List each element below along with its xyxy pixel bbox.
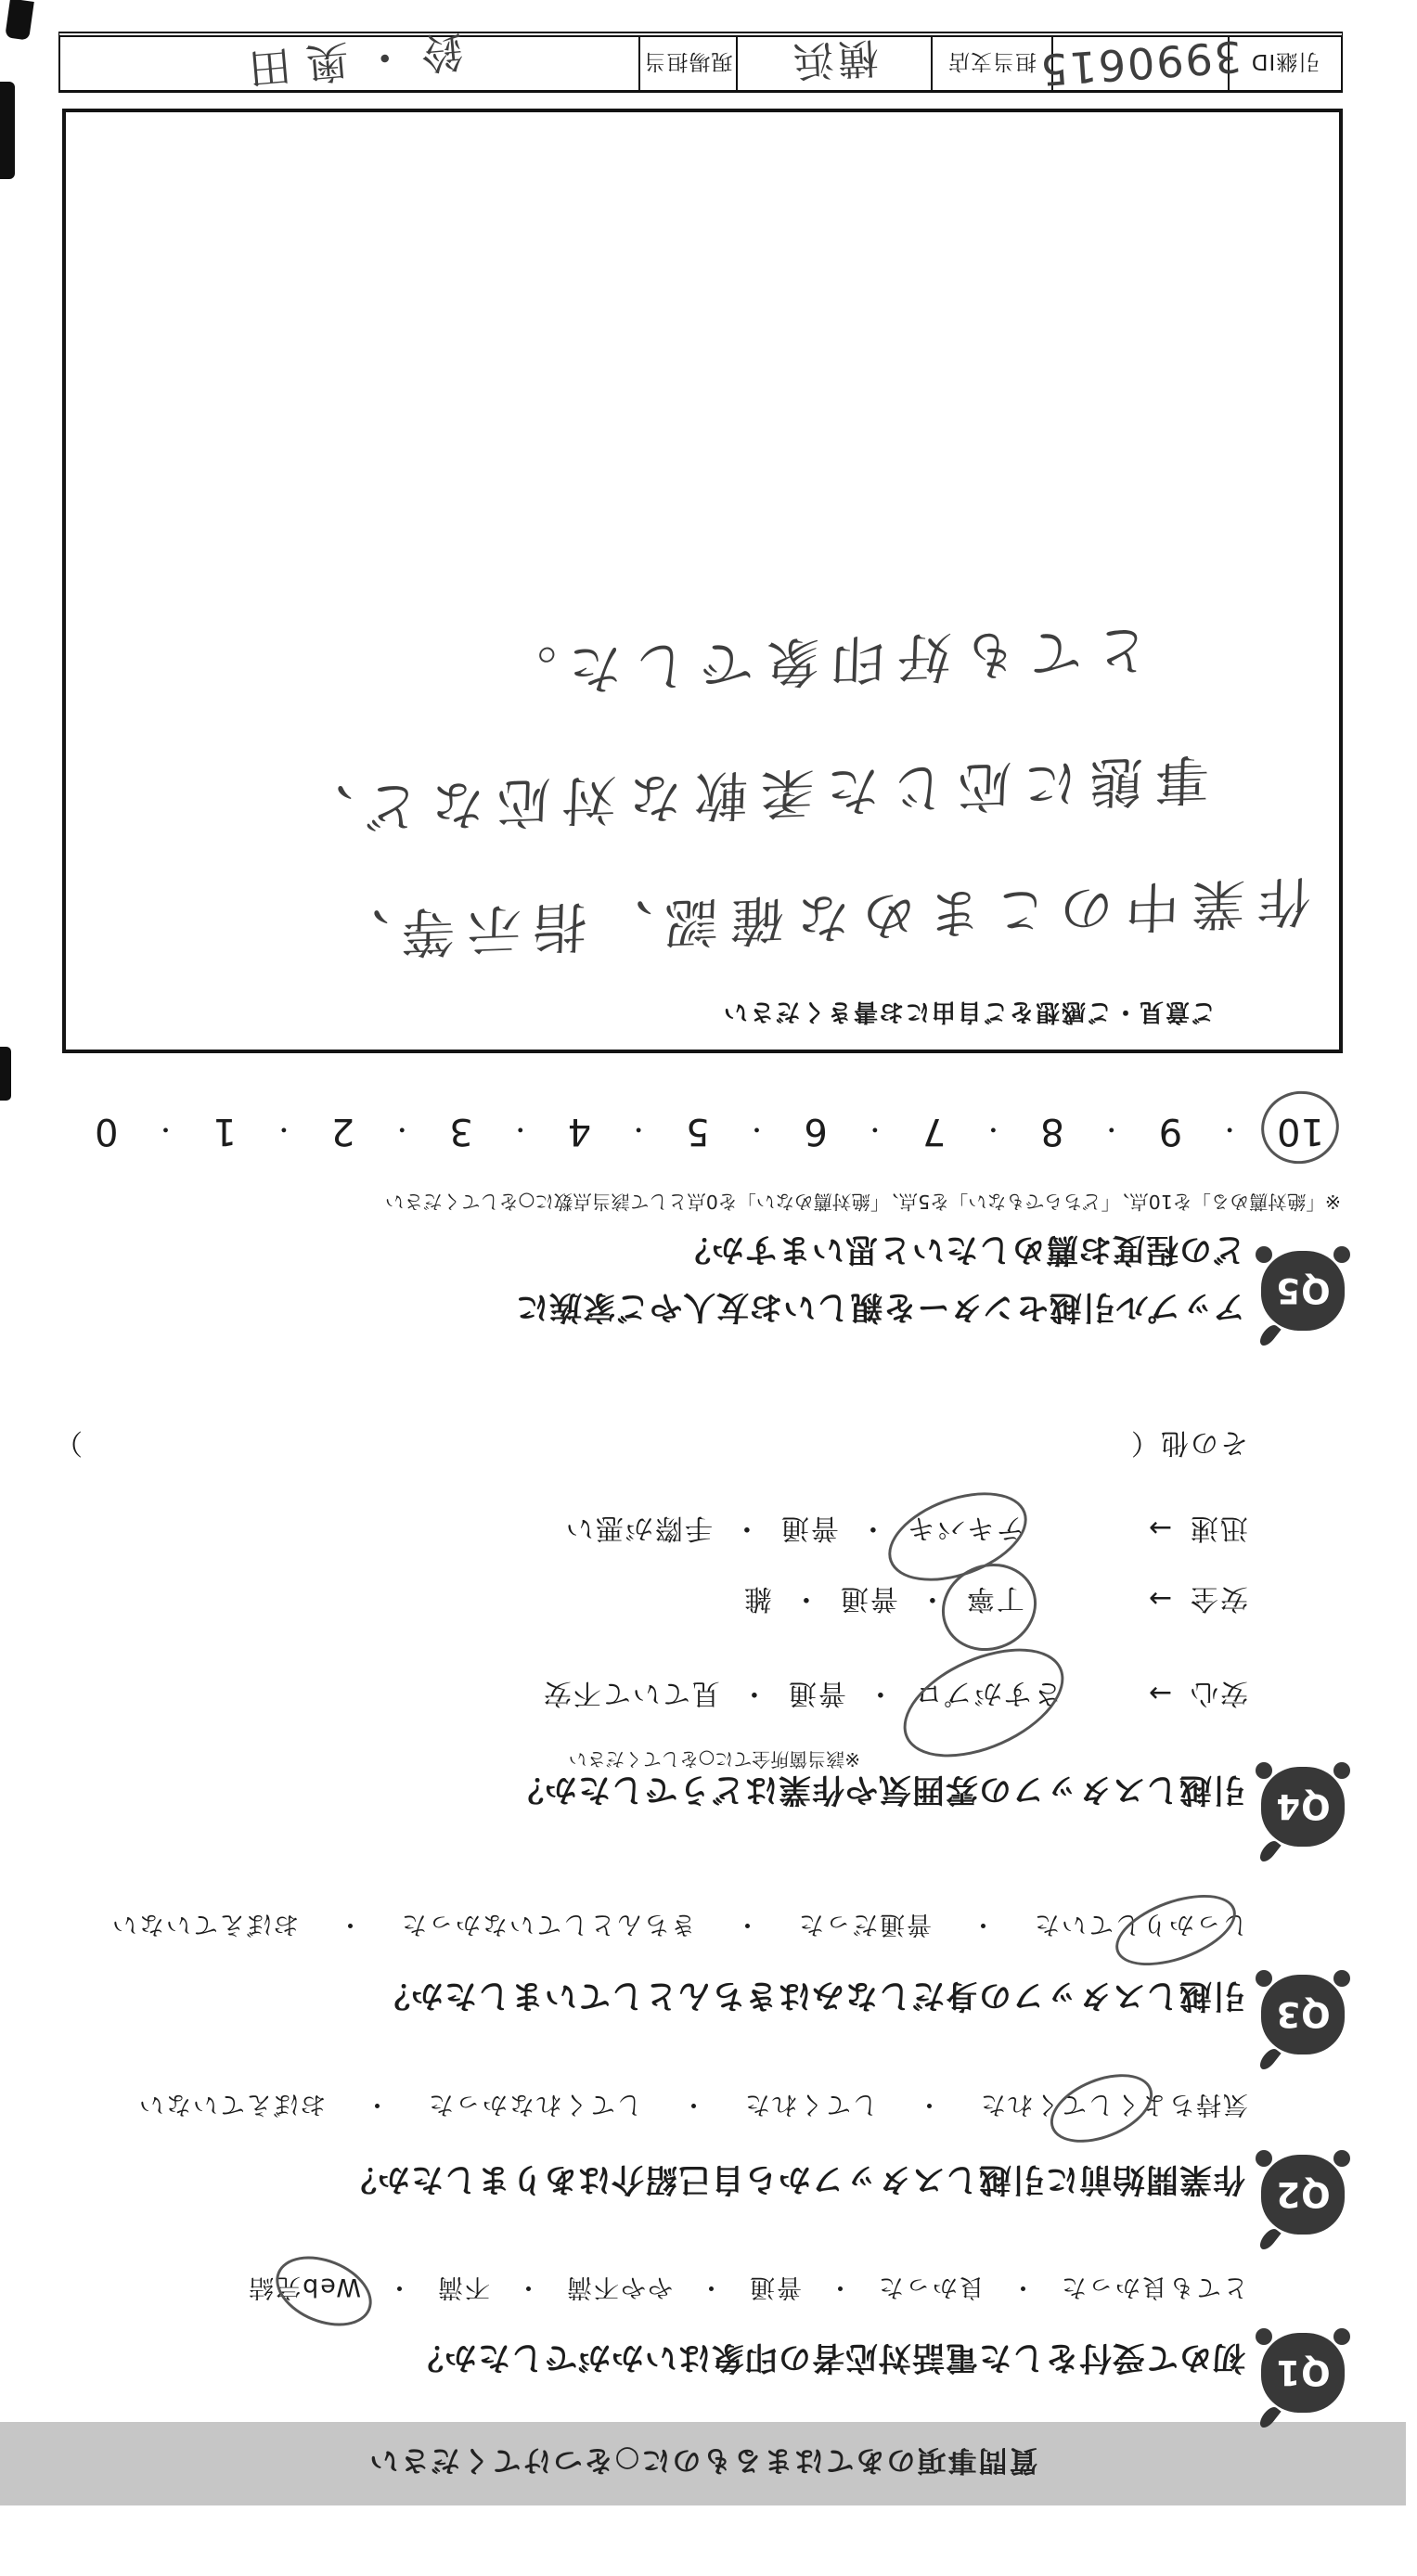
q4-option: 普通	[787, 1677, 846, 1709]
scale-number: 3	[449, 1110, 472, 1153]
q5-selected-score: 10	[1277, 1110, 1324, 1153]
arrow-icon: →	[1147, 1582, 1172, 1615]
q2-option: してくれた	[743, 2090, 878, 2119]
scale-number: 2	[331, 1110, 354, 1153]
q4-title: 引越しスタッフの雰囲気や作業はどうでしたか？	[510, 1769, 1245, 1815]
q4-row-label: 安全	[1189, 1582, 1248, 1615]
branch-label: 担当支店	[947, 48, 1037, 79]
separator-dot: ・	[915, 2090, 942, 2119]
badge-ear-icon	[1256, 1246, 1272, 1263]
separator-dot: ・	[626, 1114, 651, 1149]
q2-option: してくれなかった	[427, 2090, 642, 2119]
separator-dot: ・	[863, 1114, 887, 1149]
q4-row-jinsoku: 迅速→テキパキ・普通・手際が悪い	[564, 1511, 1248, 1552]
badge-ear-icon	[1333, 2150, 1350, 2167]
badge-ear-icon	[1333, 1246, 1350, 1263]
music-note-icon	[1256, 1322, 1281, 1348]
music-note-icon	[1256, 2226, 1281, 2252]
q2-option: 気持ちよくしてくれた	[979, 2090, 1248, 2119]
branch-handwritten: 横浜	[788, 32, 880, 96]
q4-option: 普通	[839, 1582, 898, 1615]
q3-options: しっかりしていた・普通だった・きちんとしていなかった・おぼえていない	[110, 1909, 1248, 1945]
q4-option: 普通	[779, 1512, 839, 1544]
staff-label-cell: 現場担当	[638, 37, 736, 90]
q5-badge: Q5	[1261, 1251, 1345, 1331]
q4-row-anshin: 安心→さすがプロ・普通・見ていて不安	[542, 1676, 1248, 1717]
q4-other-label: その他（	[1129, 1425, 1248, 1466]
q3-badge-label: Q3	[1275, 1995, 1330, 2035]
handwritten-comment-line: 事態に応じた柔軟な対応など、	[286, 744, 1210, 855]
q1-option: Web完結	[247, 2273, 361, 2301]
q1-badge-label: Q1	[1275, 2353, 1330, 2393]
q4-row-label: 迅速	[1189, 1512, 1248, 1544]
separator-dot: ・	[865, 1677, 895, 1709]
q1-title: 初めて受付をした電話対応者の印象はいかがでしたか？	[410, 2337, 1245, 2383]
q3-option: 普通だった	[797, 1910, 932, 1938]
separator-dot: ・	[981, 1114, 1005, 1149]
handwritten-comment-line: 作業中のこまめな確認、指示等、	[322, 866, 1312, 978]
q4-option: 手際が悪い	[564, 1512, 713, 1544]
q5-badge-label: Q5	[1275, 1271, 1330, 1311]
branch-label-cell: 担当支店	[931, 37, 1051, 90]
q4-selected-option: テキパキ	[906, 1511, 1024, 1552]
handover-id-value-cell: 3990615	[1051, 37, 1228, 90]
q2-options: 気持ちよくしてくれた・してくれた・してくれなかった・おぼえていない	[137, 2089, 1248, 2125]
scale-number: 9	[1159, 1110, 1182, 1153]
q2-title: 作業開始前に引越しスタッフから自己紹介はありましたか？	[343, 2158, 1245, 2205]
q3-selected-option: しっかりしていた	[1033, 1909, 1248, 1945]
handwritten-comment-line: とても好印象でした。	[489, 615, 1151, 716]
separator-dot: ・	[739, 1677, 768, 1709]
badge-ear-icon	[1333, 1762, 1350, 1779]
comment-box: ご意見・ご感想をご自由にお書きください 作業中のこまめな確認、指示等、 事態に応…	[62, 109, 1343, 1053]
badge-ear-icon	[1256, 1762, 1272, 1779]
q4-option: 見ていて不安	[542, 1677, 720, 1709]
scale-number: 5	[686, 1110, 709, 1153]
q1-options: とても良かった・良かった・普通・やや不満・不満・Web完結	[247, 2272, 1248, 2308]
separator-dot: ・	[390, 1114, 414, 1149]
q3-title: 引越しスタッフの身だしなみはきちんとしていましたか？	[377, 1975, 1245, 2021]
separator-dot: ・	[509, 1114, 533, 1149]
scale-number: 10	[1277, 1110, 1324, 1153]
music-note-icon	[1256, 2046, 1281, 2072]
q1-option: 不満	[436, 2273, 490, 2301]
arrow-icon: →	[1147, 1512, 1172, 1544]
q4-note: ※該当箇所全てに○をしてください	[569, 1747, 860, 1774]
q4-badge: Q4	[1261, 1767, 1345, 1847]
q5-title-line1: アップル引越センターを親しいお友人やご家族に	[515, 1286, 1245, 1333]
badge-ear-icon	[1333, 1970, 1350, 1987]
q5-title-line2: どの程度お薦めしたいと思いますか？	[677, 1229, 1245, 1275]
staff-handwritten: 鈴・奥田	[232, 23, 467, 104]
badge-ear-icon	[1256, 2328, 1272, 2345]
q4-row-anzen: 安全→丁寧・普通・雑	[742, 1581, 1248, 1622]
handover-id-handwritten: 3990615	[1037, 32, 1243, 96]
handover-id-label: 引継ID	[1251, 48, 1320, 79]
comment-box-label: ご意見・ご感想をご自由にお書きください	[722, 997, 1216, 1031]
office-use-table: 引継ID 3990615 担当支店 横浜 現場担当 鈴・奥田	[58, 32, 1343, 93]
separator-dot: ・	[731, 1512, 761, 1544]
separator-dot: ・	[791, 1582, 820, 1615]
badge-ear-icon	[1333, 2328, 1350, 2345]
q4-selected-option: 丁寧	[965, 1581, 1024, 1622]
q3-option: しっかりしていた	[1033, 1910, 1248, 1938]
separator-dot: ・	[733, 1910, 760, 1938]
scale-number: 0	[95, 1110, 118, 1153]
q4-badge-label: Q4	[1275, 1787, 1330, 1827]
q4-other-close-paren: ）	[55, 1425, 83, 1466]
scale-number: 1	[213, 1110, 236, 1153]
q2-badge: Q2	[1261, 2155, 1345, 2235]
q5-rating-scale: 10 ・9 ・8 ・7 ・6 ・5 ・4 ・3 ・2 ・1 ・0	[95, 1110, 1324, 1153]
q4-option: 雑	[742, 1582, 772, 1615]
rotated-form-content: 質問事項のあてはまるものに○をつけてください Q1 初めて受付をした電話対応者の…	[0, 0, 1417, 2576]
separator-dot: ・	[969, 1910, 996, 1938]
badge-ear-icon	[1256, 1970, 1272, 1987]
scan-artifact	[0, 1047, 11, 1101]
q5-note: ※「絶対薦める」を10点、「どちらでもない」を5点、「絶対薦めない」を0点として…	[385, 1190, 1341, 1217]
q3-option: おぼえていない	[110, 1910, 299, 1938]
staff-label: 現場担当	[644, 48, 733, 79]
q3-badge: Q3	[1261, 1975, 1345, 2054]
handover-id-label-cell: 引継ID	[1228, 37, 1341, 90]
staff-value-cell: 鈴・奥田	[60, 37, 638, 90]
scale-number: 7	[922, 1110, 946, 1153]
q1-option: 普通	[748, 2273, 802, 2301]
q4-selected-option: さすがプロ	[913, 1676, 1062, 1717]
q2-selected-option: 気持ちよくしてくれた	[979, 2089, 1248, 2125]
q1-option: 良かった	[877, 2273, 985, 2301]
instruction-text: 質問事項のあてはまるものに○をつけてください	[367, 2443, 1037, 2485]
q4-option: テキパキ	[906, 1512, 1024, 1544]
q2-badge-label: Q2	[1275, 2175, 1330, 2215]
separator-dot: ・	[336, 1910, 363, 1938]
separator-dot: ・	[697, 2273, 724, 2301]
music-note-icon	[1256, 1838, 1281, 1864]
separator-dot: ・	[272, 1114, 296, 1149]
q1-option: やや不満	[565, 2273, 673, 2301]
q4-option: さすがプロ	[913, 1677, 1062, 1709]
q1-badge: Q1	[1261, 2333, 1345, 2413]
q3-option: きちんとしていなかった	[400, 1910, 696, 1938]
separator-dot: ・	[1009, 2273, 1036, 2301]
instruction-bar: 質問事項のあてはまるものに○をつけてください	[0, 2422, 1406, 2505]
separator-dot: ・	[917, 1582, 947, 1615]
separator-dot: ・	[385, 2273, 412, 2301]
separator-dot: ・	[363, 2090, 390, 2119]
separator-dot: ・	[1217, 1114, 1242, 1149]
q4-row-label: 安心	[1189, 1677, 1248, 1709]
badge-ear-icon	[1256, 2150, 1272, 2167]
separator-dot: ・	[514, 2273, 541, 2301]
scanned-questionnaire-page: 質問事項のあてはまるものに○をつけてください Q1 初めて受付をした電話対応者の…	[0, 0, 1417, 2576]
scan-artifact	[0, 82, 15, 179]
separator-dot: ・	[744, 1114, 768, 1149]
q1-selected-option: Web完結	[247, 2272, 361, 2308]
q4-option: 丁寧	[965, 1582, 1024, 1615]
q2-option: おぼえていない	[137, 2090, 326, 2119]
separator-dot: ・	[826, 2273, 853, 2301]
scale-number: 4	[568, 1110, 591, 1153]
q1-option: とても良かった	[1060, 2273, 1248, 2301]
separator-dot: ・	[153, 1114, 177, 1149]
separator-dot: ・	[857, 1512, 887, 1544]
branch-value-cell: 横浜	[736, 37, 931, 90]
scale-number: 8	[1040, 1110, 1063, 1153]
separator-dot: ・	[1100, 1114, 1124, 1149]
arrow-icon: →	[1147, 1677, 1172, 1709]
separator-dot: ・	[679, 2090, 706, 2119]
scale-number: 6	[804, 1110, 827, 1153]
